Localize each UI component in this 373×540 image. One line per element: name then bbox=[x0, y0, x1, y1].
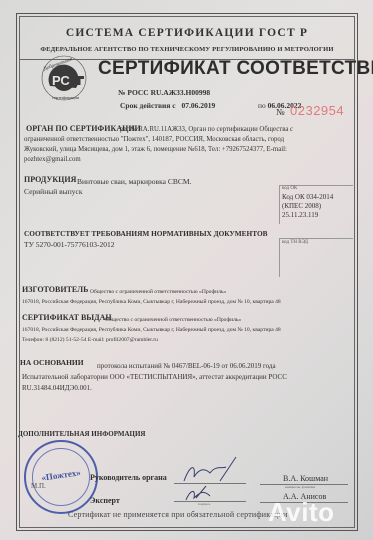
avito-watermark: Avito bbox=[268, 497, 335, 528]
additional-info-label: ДОПОЛНИТЕЛЬНАЯ ИНФОРМАЦИЯ bbox=[18, 430, 145, 438]
release-type: Серийный выпуск bbox=[24, 187, 82, 197]
head-label: Руководитель органа bbox=[90, 473, 167, 482]
svg-text:РС: РС bbox=[52, 73, 70, 88]
head-signature bbox=[180, 455, 240, 487]
manufacturer-name: Общество с ограниченной ответственностью… bbox=[90, 287, 226, 297]
agency-title: ФЕДЕРАЛЬНОЕ АГЕНТСТВО ПО ТЕХНИЧЕСКОМУ РЕ… bbox=[17, 46, 357, 53]
system-title: СИСТЕМА СЕРТИФИКАЦИИ ГОСТ Р bbox=[17, 27, 357, 39]
issued-to-label: СЕРТИФИКАТ ВЫДАН bbox=[22, 313, 112, 322]
footer-note: Сертификат не применяется при обязательн… bbox=[68, 510, 287, 519]
certificate-number-value: РОСС RU.АЖ33.Н00998 bbox=[127, 88, 210, 97]
issued-to-name: Общество с ограниченной ответственностью… bbox=[105, 315, 241, 325]
valid-from: 07.06.2019 bbox=[182, 101, 216, 110]
validity-period: Срок действия с 07.06.2019 bbox=[120, 101, 215, 110]
manufacturer-label: ИЗГОТОВИТЕЛЬ bbox=[22, 285, 88, 294]
seal-place: М.П. bbox=[31, 482, 46, 490]
manufacturer-address: 167018, Российская Федерация, Республика… bbox=[22, 297, 281, 307]
product-name: Винтовые сваи, маркировка СВСМ. bbox=[77, 177, 191, 187]
svg-text:сертификация: сертификация bbox=[52, 95, 79, 100]
expert-label: Эксперт bbox=[90, 496, 120, 505]
test-protocol: протокола испытаний № 0467/BEL-06-19 от … bbox=[97, 361, 276, 371]
serial-label: № bbox=[276, 107, 285, 117]
expert-signature bbox=[182, 484, 222, 504]
certificate-title: СЕРТИФИКАТ СООТВЕТСТВИЯ bbox=[98, 58, 373, 80]
head-name: В.А. Кошман bbox=[283, 474, 328, 483]
basis-label: НА ОСНОВАНИИ bbox=[20, 358, 84, 367]
gost-r-logo-icon: РС Добровольная сертификация bbox=[40, 54, 88, 102]
certificate-number: № РОСС RU.АЖ33.Н00998 bbox=[118, 88, 210, 97]
product-label: ПРОДУКЦИЯ bbox=[24, 175, 76, 184]
issued-to-contacts: Телефон: 8 (8212) 51-52-54 E-mail: profi… bbox=[22, 335, 158, 345]
organization-stamp: «Пожтех» bbox=[24, 440, 98, 514]
normative-document: ТУ 5270-001-75776103-2012 bbox=[24, 240, 115, 250]
issued-to-address: 167018, Российская Федерация, Республика… bbox=[22, 325, 281, 335]
compliance-label: СООТВЕТСТВУЕТ ТРЕБОВАНИЯМ НОРМАТИВНЫХ ДО… bbox=[24, 229, 268, 238]
serial-number: 0232954 bbox=[290, 103, 344, 118]
body-email: pozhtex@gmail.com bbox=[24, 155, 81, 165]
